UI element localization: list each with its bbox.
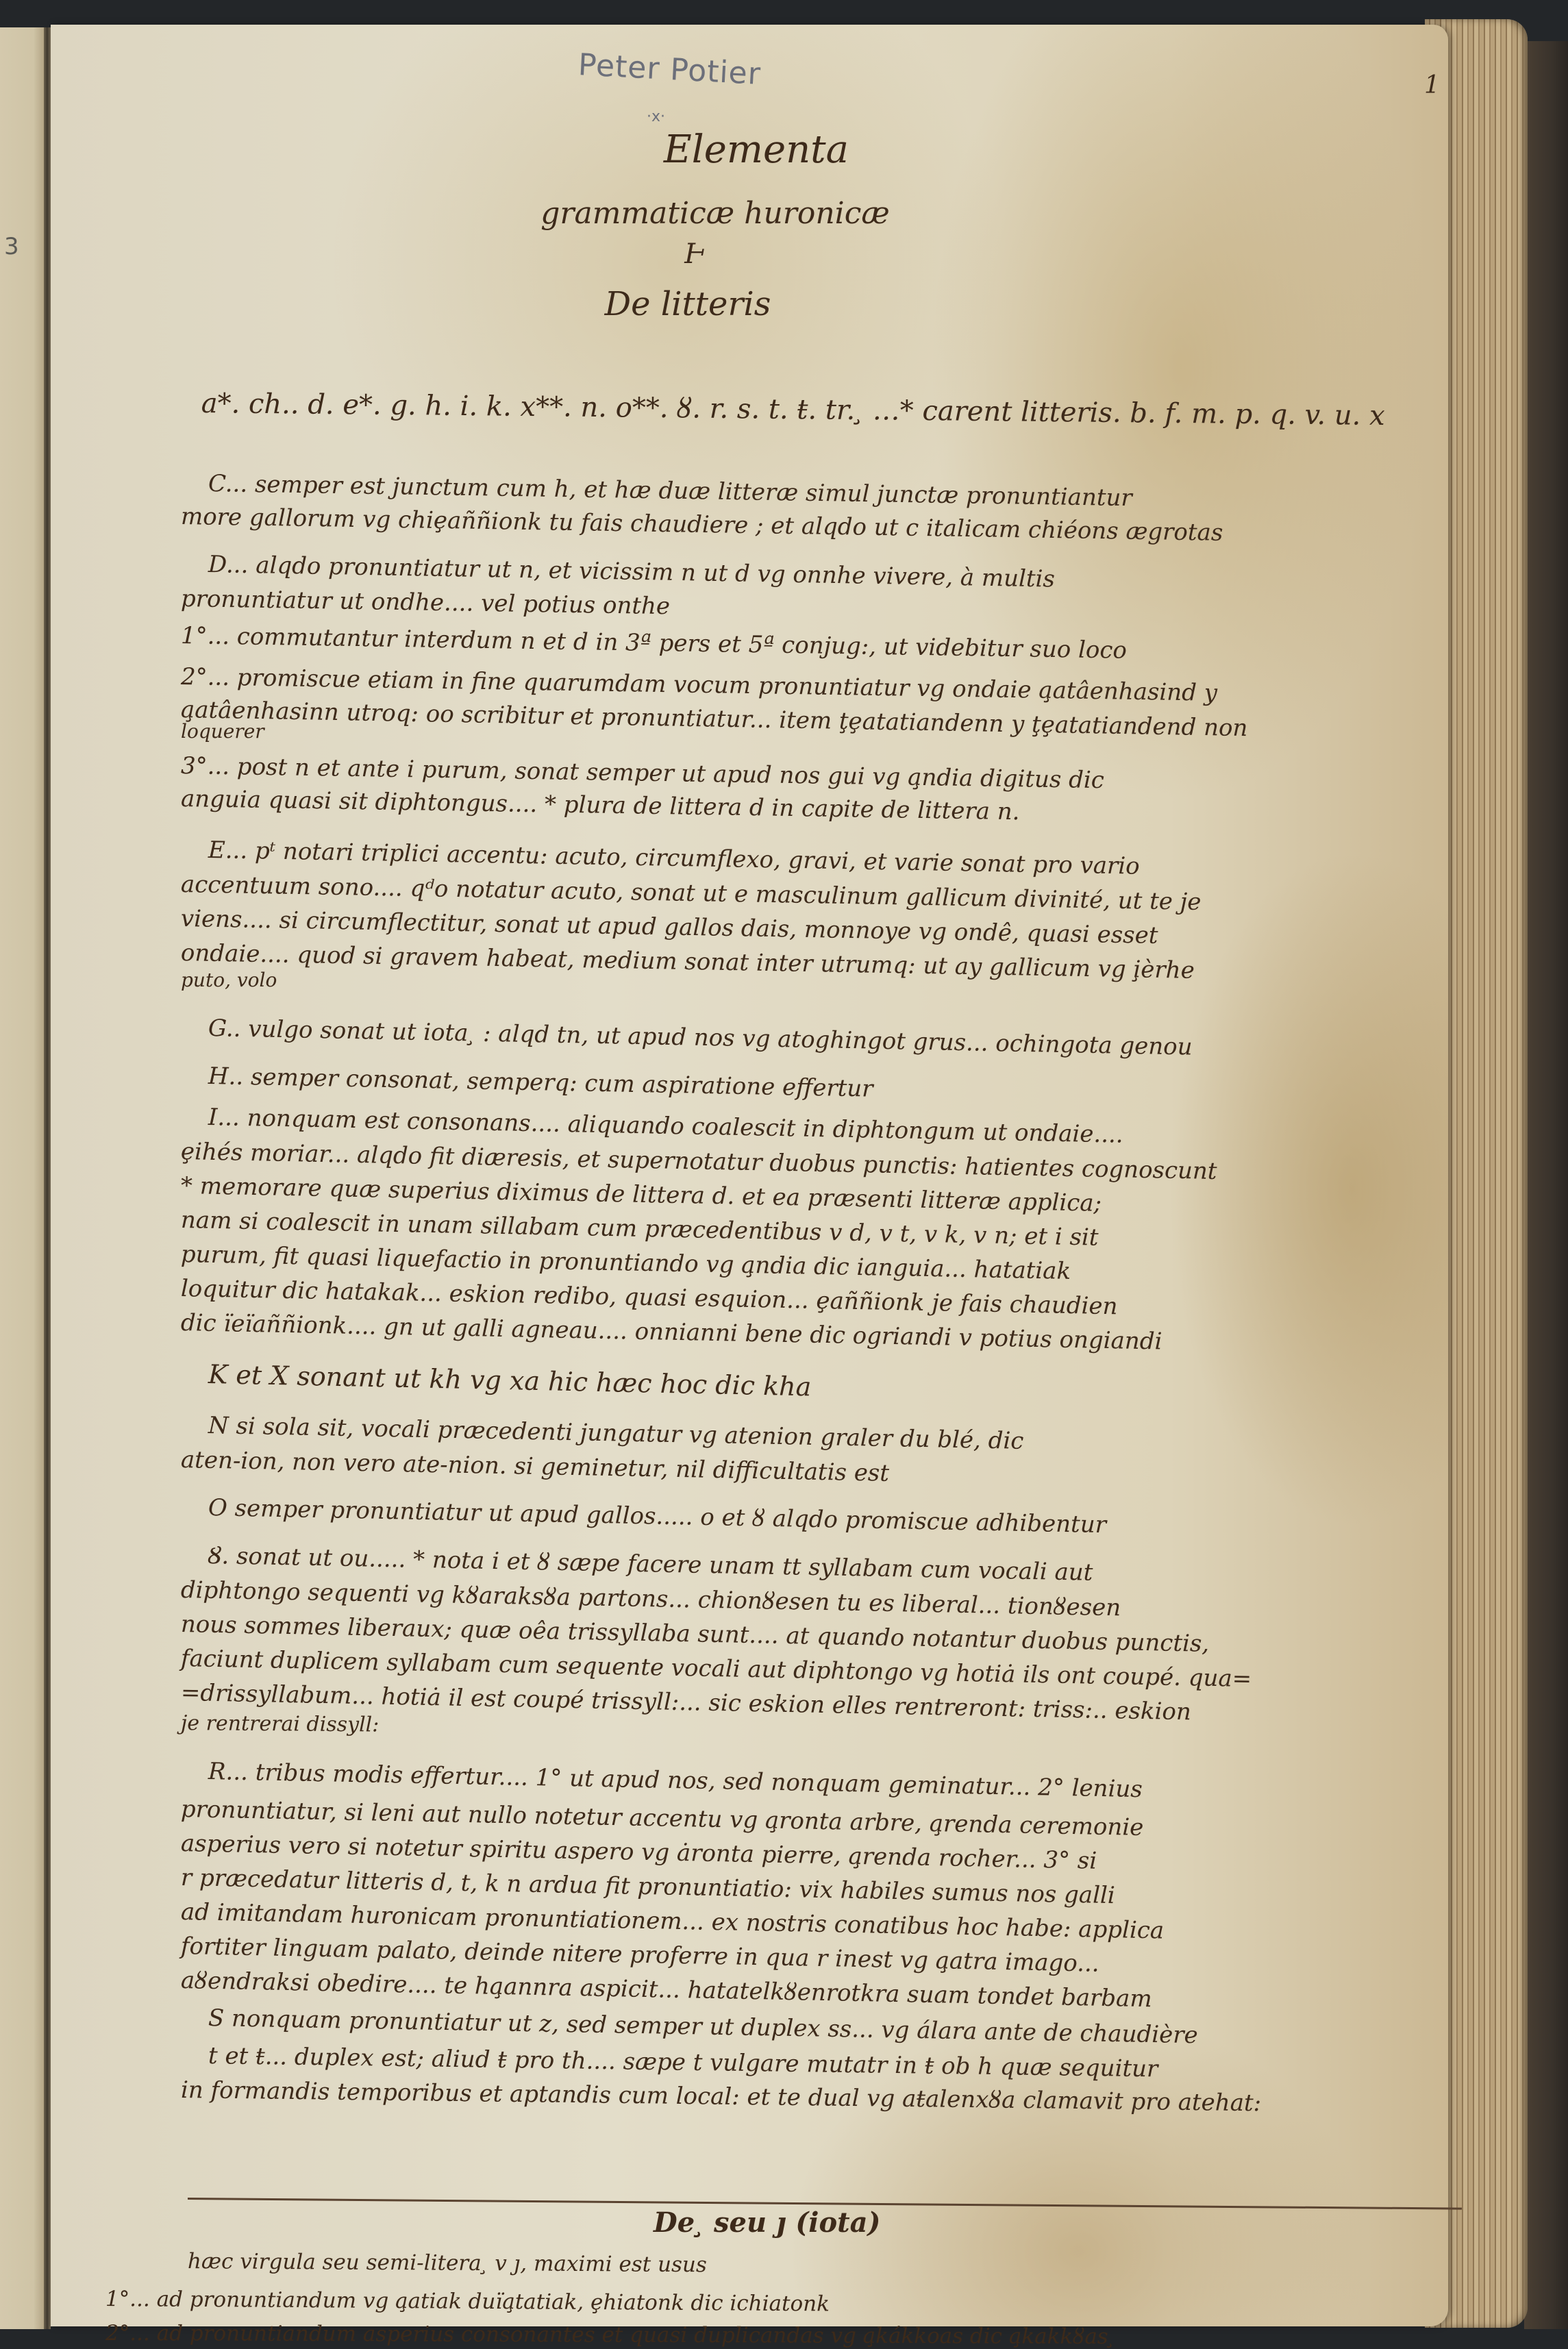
text-line: aten-ion, non vero ate-nion. si geminetu… [181, 1446, 890, 1487]
owner-signature: Peter Potier [577, 47, 762, 92]
text-line: K et X sonant ut kh vg xa hic hæc hoc di… [208, 1360, 812, 1400]
text-line: 2°... ad pronuntiandum asperius consonan… [105, 2320, 1115, 2349]
manuscript-scan: 3 Peter Potier ·x· 1 Elementa grammaticæ… [0, 0, 1568, 2349]
text-line: H.. semper consonat, semperq: cum aspira… [208, 1062, 873, 1103]
text-line: je rentrerai dissyll: [181, 1710, 379, 1739]
title-et-glyph: Ⱶ [626, 238, 763, 270]
title-elementa: Elementa [612, 127, 900, 172]
huron-alphabet-line: a*. ch.. d. e*. g. h. i. k. x**. n. o**.… [201, 388, 1448, 432]
text-line: pronuntiatur ut ondhe.... vel potius ont… [181, 585, 671, 620]
text-line: 1°... commutantur interdum n et d in 3ª … [181, 622, 1128, 664]
folio-number: 1 [1424, 71, 1440, 99]
text-line: in formandis temporibus et aptandis cum … [181, 2076, 1262, 2117]
text-line: t et ŧ... duplex est; aliud ŧ pro th....… [208, 2042, 1158, 2083]
text-line: anguia quasi sit diphtongus.... * plura … [181, 785, 1020, 825]
binding-gutter [44, 27, 51, 2329]
text-line: hæc virgula seu semi-litera ̧ v ȷ, maxim… [188, 2248, 707, 2278]
manuscript-page: Peter Potier ·x· 1 Elementa grammaticæ h… [51, 25, 1448, 2326]
text-line: D... alqdo pronuntiatur ut n, et vicissi… [208, 551, 1056, 593]
previous-page-sliver: 3 [0, 27, 48, 2329]
owner-mark: ·x· [647, 108, 665, 125]
title-de-litteris: De litteris [551, 285, 825, 323]
text-line: loquerer [181, 718, 264, 745]
text-line: G.. vulgo sonat ut iota ̧ : alqd tn, ut … [208, 1015, 1193, 1061]
text-line: puto, volo [181, 967, 277, 994]
leather-cover [1524, 41, 1568, 2329]
iota-section-heading: De ̧ seu ȷ (iota) [654, 2207, 880, 2239]
text-line: S nonquam pronuntiatur ut z, sed semper … [208, 2004, 1198, 2049]
text-line: R... tribus modis effertur.... 1° ut apu… [208, 1758, 1143, 1803]
title-grammaticae: grammaticæ huronicæ [475, 196, 955, 231]
margin-number: 3 [4, 233, 19, 260]
text-line: O semper pronuntiatur ut apud gallos....… [208, 1494, 1107, 1539]
text-line: 1°... ad pronuntiandum vg a̧atiak duïa̧t… [105, 2285, 830, 2317]
